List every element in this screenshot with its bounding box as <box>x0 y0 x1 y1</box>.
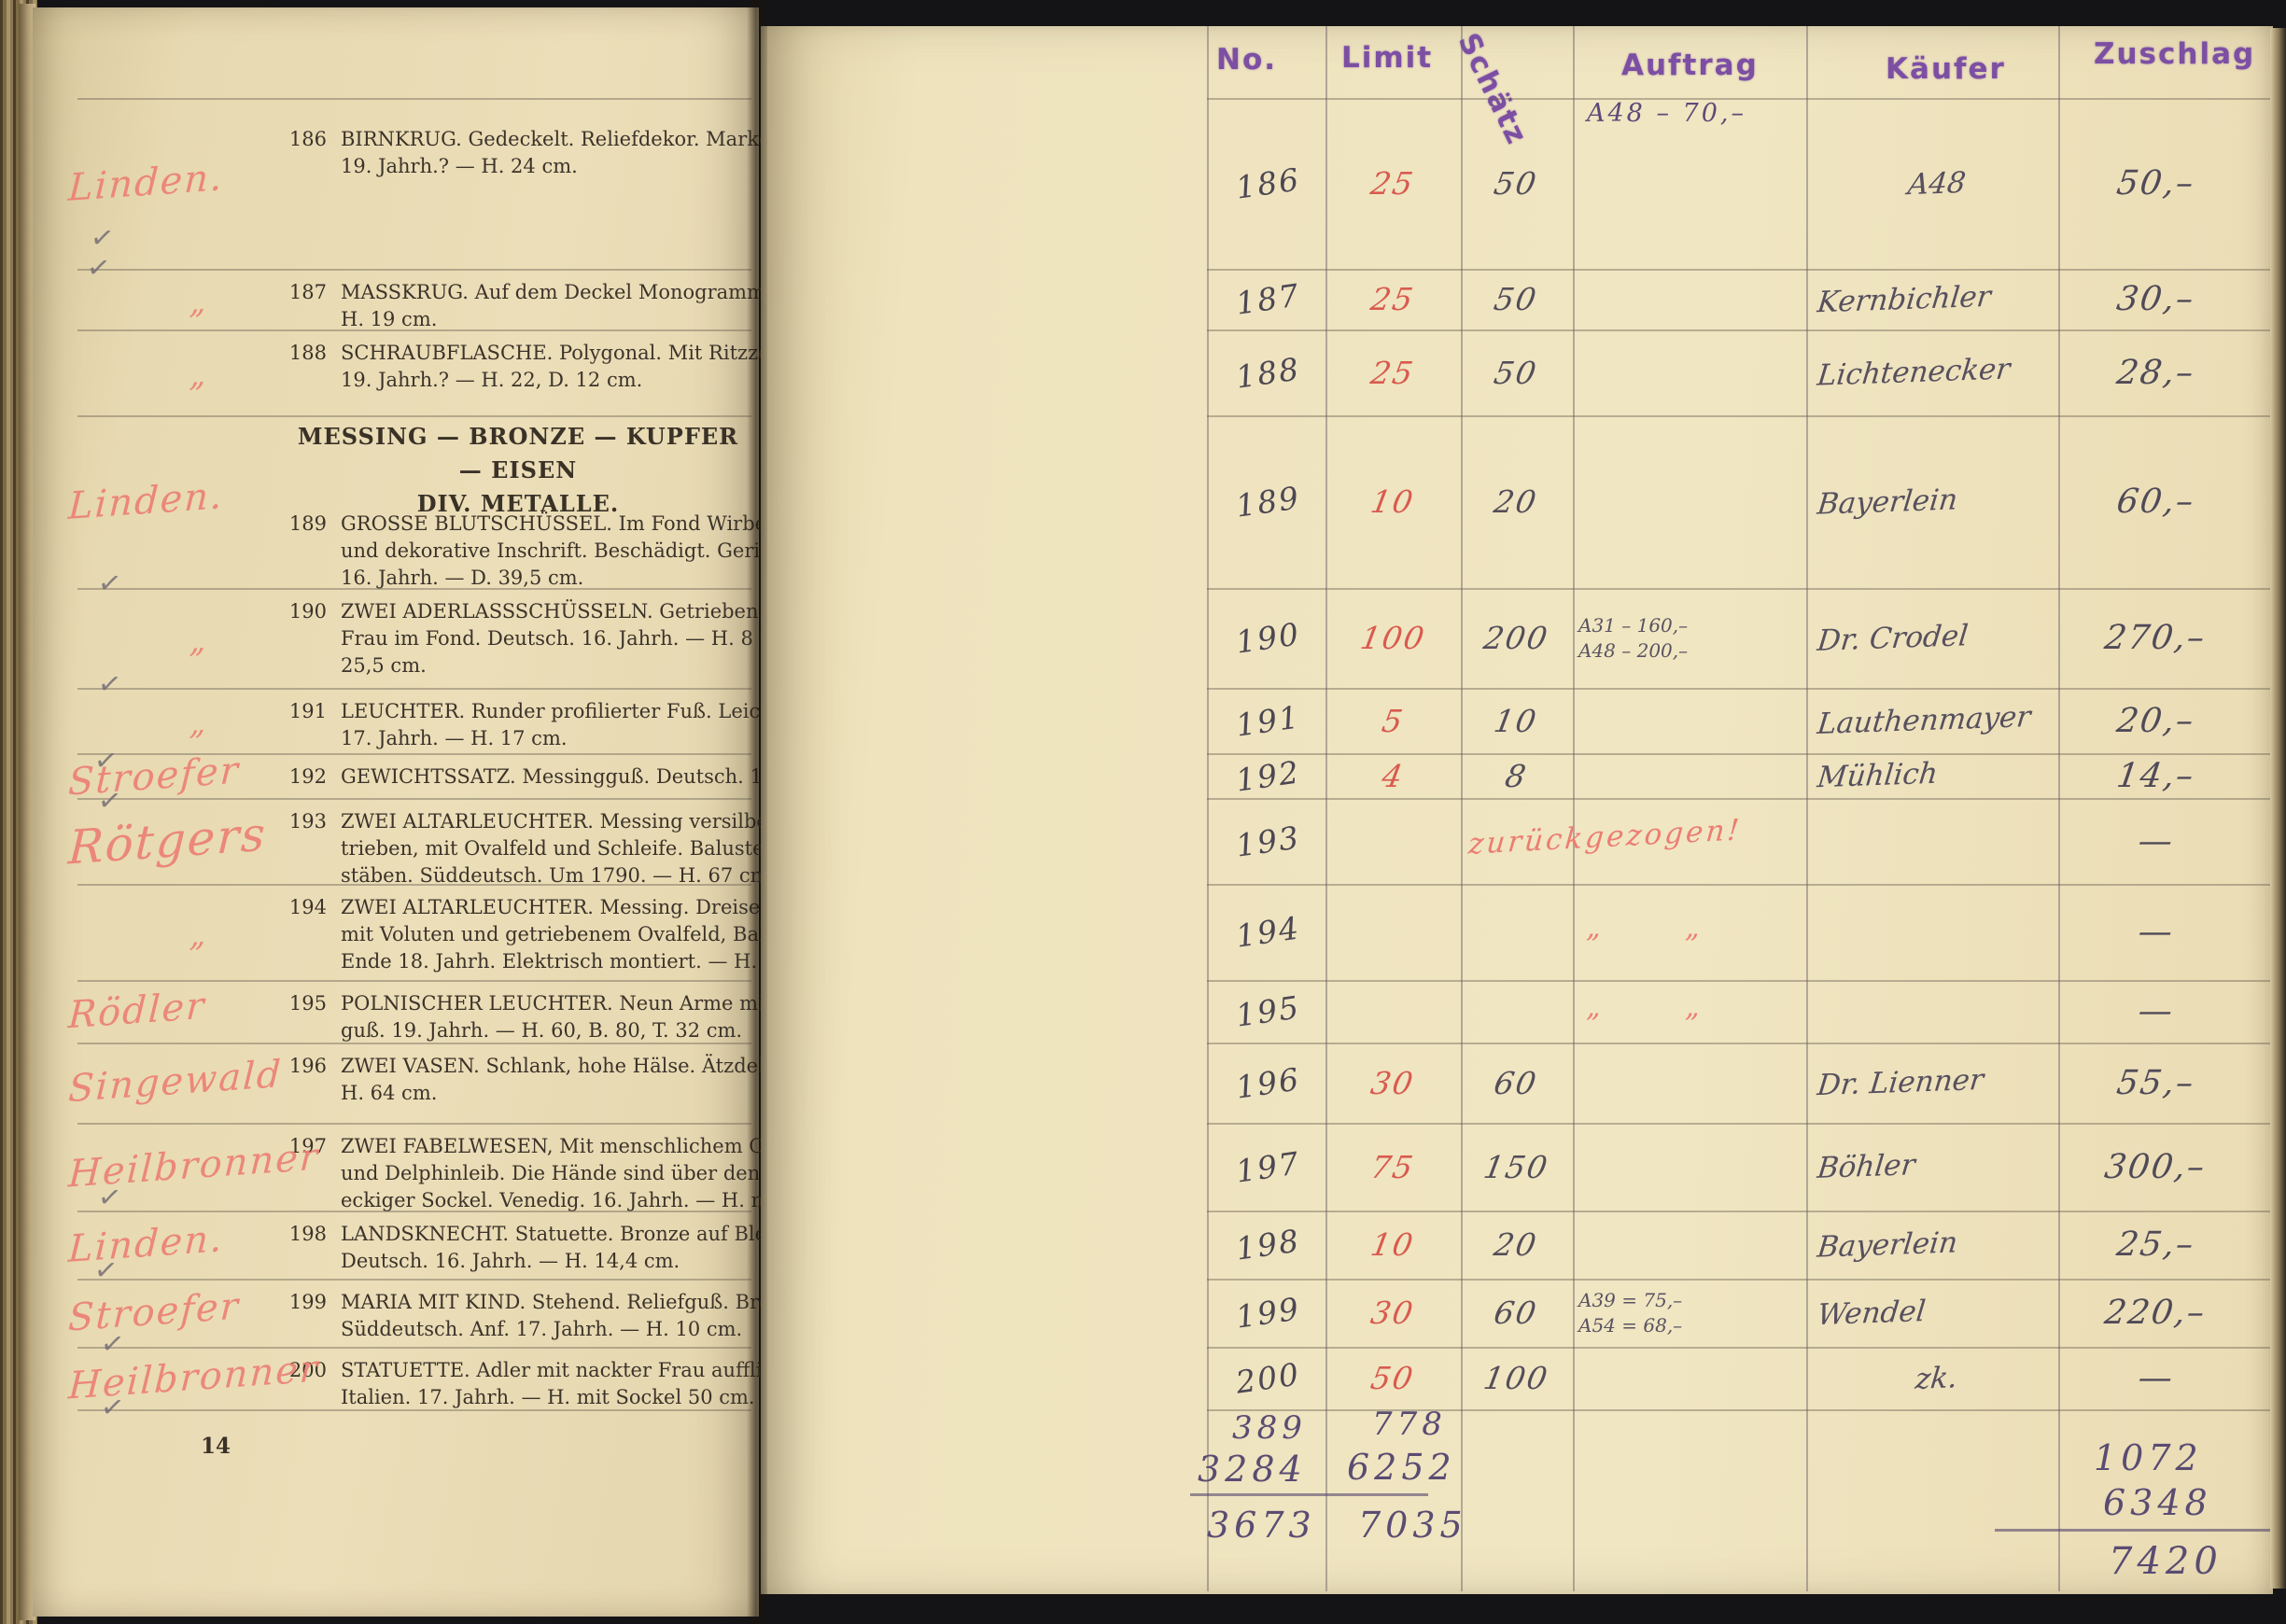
ledger-cell-no: 189 <box>1212 415 1324 588</box>
ledger-page-right: No. Limit Schätz Auftrag Käufer Zuschlag… <box>761 26 2273 1594</box>
entry-number: 188 <box>269 340 327 367</box>
total-value: 389 <box>1232 1409 1307 1447</box>
margin-annotation: Linden. <box>67 1217 225 1271</box>
ledger-cell-schaetz: 60 <box>1463 1043 1569 1123</box>
total-value: 3284 <box>1198 1449 1307 1490</box>
ledger-cell-zuschlag: 220,– <box>2060 1279 2251 1347</box>
entry-number: 199 <box>269 1289 327 1316</box>
column-line <box>1806 26 1808 1591</box>
ledger-cell-kaeufer: Kernbichler <box>1817 269 2055 329</box>
entry-text-line: und Delphinleib. Die Hände sind über den… <box>341 1160 759 1187</box>
column-line <box>1207 26 1209 1591</box>
margin-annotation: „ <box>189 622 209 661</box>
entry-text: POLNISCHER LEUCHTER. Neun Arme mit Wachs… <box>341 990 759 1044</box>
ledger-cell-zuschlag: — <box>2060 1347 2251 1409</box>
entry-text-line: mit Voluten und getriebenem Ovalfeld, Ba… <box>341 921 759 948</box>
check-mark: ✓ <box>92 1253 120 1288</box>
entry-text-line: trieben, mit Ovalfeld und Schleife. Balu… <box>341 835 759 862</box>
ledger-cell-no: 187 <box>1212 269 1324 329</box>
entry-text-line: MASSKRUG. Auf dem Deckel Monogramm I.K. … <box>341 279 759 306</box>
entry-text-line: Italien. 17. Jahrh. — H. mit Sockel 50 c… <box>341 1384 759 1411</box>
ledger-cell-no: 191 <box>1212 688 1324 753</box>
ledger-header-kaeufer: Käufer <box>1886 52 2006 86</box>
ledger-cell-no: 190 <box>1212 588 1324 688</box>
entry-text: ZWEI ADERLASSSCHÜSSELN. Getrieben. Mit H… <box>341 598 759 679</box>
margin-annotation: Stroefer <box>67 1284 241 1339</box>
ruled-line <box>77 980 751 982</box>
ledger-cell-no: 197 <box>1212 1123 1324 1211</box>
ledger-cell-zuschlag: 270,– <box>2060 588 2251 688</box>
column-line <box>1325 26 1327 1591</box>
page-number: 14 <box>201 1434 231 1459</box>
ledger-cell-kaeufer: Wendel <box>1817 1279 2055 1347</box>
ruled-line <box>77 1279 751 1281</box>
ledger-cell-kaeufer: A48 <box>1817 98 2055 269</box>
total-rule <box>1190 1493 1428 1496</box>
total-value: 7035 <box>1358 1505 1467 1546</box>
margin-annotation: „ <box>189 704 209 743</box>
ruled-line <box>77 269 751 271</box>
ledger-cell-limit: 4 <box>1328 753 1457 798</box>
section-heading: MESSING — BRONZE — KUPFER — EISEN DIV. M… <box>294 420 742 521</box>
entry-text-line: 16. Jahrh. — D. 39,5 cm. <box>341 565 759 592</box>
entry-text-line: H. 64 cm. <box>341 1080 759 1107</box>
ledger-cell-schaetz: 60 <box>1463 1279 1569 1347</box>
entry-text-line: LANDSKNECHT. Statuette. Bronze auf Bleis… <box>341 1221 759 1248</box>
entry-text-line: eckiger Sockel. Venedig. 16. Jahrh. — H.… <box>341 1187 759 1214</box>
page-edge-right <box>2270 28 2286 1589</box>
entry-text-line: BIRNKRUG. Gedeckelt. Reliefdekor. Marken… <box>341 126 759 153</box>
entry-number: 189 <box>269 511 327 538</box>
ledger-cell-no: 199 <box>1212 1279 1324 1347</box>
ledger-cell-auftrag: A39 = 75,–A54 = 68,– <box>1578 1288 1682 1338</box>
entry-number: 187 <box>269 279 327 306</box>
ledger-cell-zuschlag: 20,– <box>2060 688 2251 753</box>
entry-text: ZWEI ALTARLEUCHTER. Messing. Dreiseitige… <box>341 894 759 975</box>
ledger-cell-zuschlag: — <box>2060 798 2251 884</box>
total-value: 7420 <box>2109 1540 2223 1583</box>
auftrag-ditto-mark: „ <box>1685 991 1700 1024</box>
margin-annotation: „ <box>189 283 209 322</box>
ruled-line <box>77 1347 751 1349</box>
entry-text-line: H. 19 cm. <box>341 306 759 333</box>
entry-text: STATUETTE. Adler mit nackter Frau auffli… <box>341 1357 759 1411</box>
entry-text: GEWICHTSSATZ. Messingguß. Deutsch. 18. J… <box>341 763 759 791</box>
entry-text: BIRNKRUG. Gedeckelt. Reliefdekor. Marken… <box>341 126 759 180</box>
ledger-cell-no: 192 <box>1212 753 1324 798</box>
ledger-cell-kaeufer: Lauthenmayer <box>1817 688 2055 753</box>
entry-text-line: Ende 18. Jahrh. Elektrisch montiert. — H… <box>341 948 759 975</box>
entry-number: 193 <box>269 808 327 835</box>
ledger-cell-schaetz: 50 <box>1463 98 1569 269</box>
header-auftrag-note: A48 – 70,– <box>1587 99 1746 128</box>
ledger-cell-schaetz: 50 <box>1463 329 1569 415</box>
entry-text-line: LEUCHTER. Runder profilierter Fuß. Leich… <box>341 698 759 725</box>
check-mark: ✓ <box>96 666 124 702</box>
ledger-cell-no: 188 <box>1212 329 1324 415</box>
check-mark: ✓ <box>96 1180 124 1215</box>
total-value: 6252 <box>1347 1447 1456 1488</box>
entry-text: ZWEI FABELWESEN, Mit menschlichem Oberkö… <box>341 1133 759 1214</box>
ledger-cell-limit: 25 <box>1328 98 1457 269</box>
auftrag-ditto-mark: „ <box>1685 912 1700 945</box>
entry-text-line: GEWICHTSSATZ. Messingguß. Deutsch. 18. J… <box>341 763 759 791</box>
entry-text-line: Frau im Fond. Deutsch. 16. Jahrh. — H. 8… <box>341 625 759 652</box>
entry-text-line: GROSSE BLUTSCHÜSSEL. Im Fond Wirbelornam… <box>341 511 759 538</box>
book-photo: MESSING — BRONZE — KUPFER — EISEN DIV. M… <box>0 0 2286 1624</box>
ledger-cell-schaetz: 150 <box>1463 1123 1569 1211</box>
ledger-cell-zuschlag: 60,– <box>2060 415 2251 588</box>
ledger-header-zuschlag: Zuschlag <box>2094 37 2255 71</box>
ledger-header-limit: Limit <box>1341 41 1433 75</box>
total-value: 778 <box>1372 1406 1447 1443</box>
ledger-cell-limit: 5 <box>1328 688 1457 753</box>
entry-text-line: 19. Jahrh.? — H. 22, D. 12 cm. <box>341 367 759 394</box>
ledger-cell-schaetz: 200 <box>1463 588 1569 688</box>
section-heading-line1: MESSING — BRONZE — KUPFER — EISEN <box>294 420 742 487</box>
margin-annotation: Linden. <box>67 156 225 210</box>
ledger-cell-zuschlag: — <box>2060 884 2251 980</box>
ruled-line <box>77 415 751 417</box>
entry-text: MARIA MIT KIND. Stehend. Reliefguß. Bron… <box>341 1289 759 1343</box>
entry-text-line: und dekorative Inschrift. Beschädigt. Ge… <box>341 538 759 565</box>
ledger-cell-no: 194 <box>1212 884 1324 980</box>
ledger-cell-schaetz: 10 <box>1463 688 1569 753</box>
auftrag-ditto-mark: „ <box>1586 991 1601 1024</box>
entry-text: MASSKRUG. Auf dem Deckel Monogramm I.K. … <box>341 279 759 333</box>
ledger-cell-zuschlag: 14,– <box>2060 753 2251 798</box>
entry-text: LANDSKNECHT. Statuette. Bronze auf Bleis… <box>341 1221 759 1275</box>
ledger-cell-kaeufer: Dr. Crodel <box>1817 588 2055 688</box>
entry-text-line: ZWEI ADERLASSSCHÜSSELN. Getrieben. Mit H… <box>341 598 759 625</box>
ledger-cell-kaeufer: zk. <box>1817 1347 2055 1409</box>
column-line <box>1573 26 1575 1591</box>
ledger-cell-schaetz: 20 <box>1463 1211 1569 1279</box>
ledger-cell-kaeufer: Mühlich <box>1817 753 2055 798</box>
ledger-cell-no: 186 <box>1212 98 1324 269</box>
ledger-cell-zuschlag: 30,– <box>2060 269 2251 329</box>
ledger-cell-limit: 75 <box>1328 1123 1457 1211</box>
ledger-cell-no: 196 <box>1212 1043 1324 1123</box>
entry-text-line: 19. Jahrh.? — H. 24 cm. <box>341 153 759 180</box>
ledger-cell-no: 195 <box>1212 980 1324 1043</box>
entry-number: 194 <box>269 894 327 921</box>
total-value: 3673 <box>1207 1505 1316 1546</box>
withdrawn-note: zurückgezogen! <box>1467 813 1744 861</box>
ruled-line <box>77 688 751 690</box>
ledger-cell-kaeufer: Dr. Lienner <box>1817 1043 2055 1123</box>
ledger-cell-schaetz: 100 <box>1463 1347 1569 1409</box>
check-mark: ✓ <box>96 566 124 601</box>
ledger-cell-zuschlag: — <box>2060 980 2251 1043</box>
book-gutter-shadow <box>747 0 767 1624</box>
entry-text-line: 17. Jahrh. — H. 17 cm. <box>341 725 759 752</box>
check-mark: ✓ <box>99 1326 127 1362</box>
margin-annotation: Linden. <box>67 474 225 528</box>
entry-text-line: guß. 19. Jahrh. — H. 60, B. 80, T. 32 cm… <box>341 1017 759 1044</box>
entry-number: 192 <box>269 763 327 791</box>
entry-number: 198 <box>269 1221 327 1248</box>
margin-annotation: „ <box>189 916 209 955</box>
ruled-line <box>1207 1409 2271 1411</box>
ledger-cell-limit: 25 <box>1328 329 1457 415</box>
entry-text: SCHRAUBFLASCHE. Polygonal. Mit Ritzzeich… <box>341 340 759 394</box>
total-value: 1072 <box>2094 1437 2203 1478</box>
ledger-cell-zuschlag: 50,– <box>2060 98 2251 269</box>
auftrag-line: A48 – 200,– <box>1578 638 1688 664</box>
ledger-cell-kaeufer: Lichtenecker <box>1817 329 2055 415</box>
entry-text: LEUCHTER. Runder profilierter Fuß. Leich… <box>341 698 759 752</box>
margin-annotation: Rötgers <box>67 806 269 875</box>
total-value: 6348 <box>2103 1482 2212 1523</box>
margin-annotation: Rödler <box>67 984 206 1037</box>
entry-number: 191 <box>269 698 327 725</box>
entry-number: 195 <box>269 990 327 1017</box>
entry-text-line: SCHRAUBFLASCHE. Polygonal. Mit Ritzzeich… <box>341 340 759 367</box>
auftrag-line: A31 – 160,– <box>1578 613 1688 638</box>
auftrag-ditto-mark: „ <box>1586 912 1601 945</box>
total-rule <box>1995 1529 2275 1532</box>
auftrag-line: A39 = 75,– <box>1578 1288 1682 1313</box>
check-mark: ✓ <box>99 1390 127 1425</box>
ledger-cell-zuschlag: 25,– <box>2060 1211 2251 1279</box>
ledger-cell-no: 193 <box>1212 798 1324 884</box>
entry-text-line: ZWEI ALTARLEUCHTER. Messing versilbert. … <box>341 808 759 835</box>
entry-number: 190 <box>269 598 327 625</box>
ledger-cell-no: 198 <box>1212 1211 1324 1279</box>
entry-text-line: Deutsch. 16. Jahrh. — H. 14,4 cm. <box>341 1248 759 1275</box>
entry-text-line: stäben. Süddeutsch. Um 1790. — H. 67 cm. <box>341 862 759 889</box>
entry-text-line: MARIA MIT KIND. Stehend. Reliefguß. Bron… <box>341 1289 759 1316</box>
ledger-cell-limit: 30 <box>1328 1279 1457 1347</box>
ruled-line <box>77 98 751 100</box>
entry-number: 186 <box>269 126 327 153</box>
ledger-header-no: No. <box>1216 43 1277 77</box>
ledger-cell-limit: 25 <box>1328 269 1457 329</box>
ledger-cell-zuschlag: 55,– <box>2060 1043 2251 1123</box>
entry-text-line: ZWEI FABELWESEN, Mit menschlichem Oberkö… <box>341 1133 759 1160</box>
ledger-cell-limit: 10 <box>1328 1211 1457 1279</box>
ledger-cell-schaetz: 20 <box>1463 415 1569 588</box>
check-mark: ✓ <box>92 743 120 778</box>
ledger-cell-zuschlag: 28,– <box>2060 329 2251 415</box>
auftrag-line: A54 = 68,– <box>1578 1313 1682 1338</box>
ledger-cell-limit: 50 <box>1328 1347 1457 1409</box>
ledger-cell-kaeufer: Bayerlein <box>1817 415 2055 588</box>
entry-text-line: ZWEI VASEN. Schlank, hohe Hälse. Ätzdeko… <box>341 1053 759 1080</box>
ledger-cell-limit: 10 <box>1328 415 1457 588</box>
entry-text-line: Süddeutsch. Anf. 17. Jahrh. — H. 10 cm. <box>341 1316 759 1343</box>
ledger-cell-zuschlag: 300,– <box>2060 1123 2251 1211</box>
catalog-page-left: MESSING — BRONZE — KUPFER — EISEN DIV. M… <box>33 7 759 1617</box>
entry-text: GROSSE BLUTSCHÜSSEL. Im Fond Wirbelornam… <box>341 511 759 592</box>
ruled-line <box>77 1123 751 1125</box>
margin-annotation: „ <box>189 356 209 395</box>
ledger-cell-schaetz: 8 <box>1463 753 1569 798</box>
margin-annotation: Singewald <box>67 1053 284 1111</box>
margin-annotation: Stroefer <box>67 749 241 804</box>
ledger-cell-kaeufer: Böhler <box>1817 1123 2055 1211</box>
ruled-line <box>77 798 751 800</box>
ledger-cell-kaeufer: Bayerlein <box>1817 1211 2055 1279</box>
ledger-header-auftrag: Auftrag <box>1621 49 1759 82</box>
check-mark: ✓ <box>96 783 124 819</box>
entry-text: ZWEI VASEN. Schlank, hohe Hälse. Ätzdeko… <box>341 1053 759 1107</box>
entry-text-line: ZWEI ALTARLEUCHTER. Messing. Dreiseitige… <box>341 894 759 921</box>
check-mark: ✓ <box>85 250 113 286</box>
ledger-cell-limit: 100 <box>1328 588 1457 688</box>
ledger-cell-auftrag: A31 – 160,–A48 – 200,– <box>1578 613 1688 664</box>
entry-text-line: STATUETTE. Adler mit nackter Frau auffli… <box>341 1357 759 1384</box>
entry-text-line: POLNISCHER LEUCHTER. Neun Arme mit Wachs… <box>341 990 759 1017</box>
ledger-cell-no: 200 <box>1212 1347 1324 1409</box>
ledger-cell-schaetz: 50 <box>1463 269 1569 329</box>
entry-text-line: 25,5 cm. <box>341 652 759 679</box>
ledger-cell-limit: 30 <box>1328 1043 1457 1123</box>
entry-text: ZWEI ALTARLEUCHTER. Messing versilbert. … <box>341 808 759 889</box>
